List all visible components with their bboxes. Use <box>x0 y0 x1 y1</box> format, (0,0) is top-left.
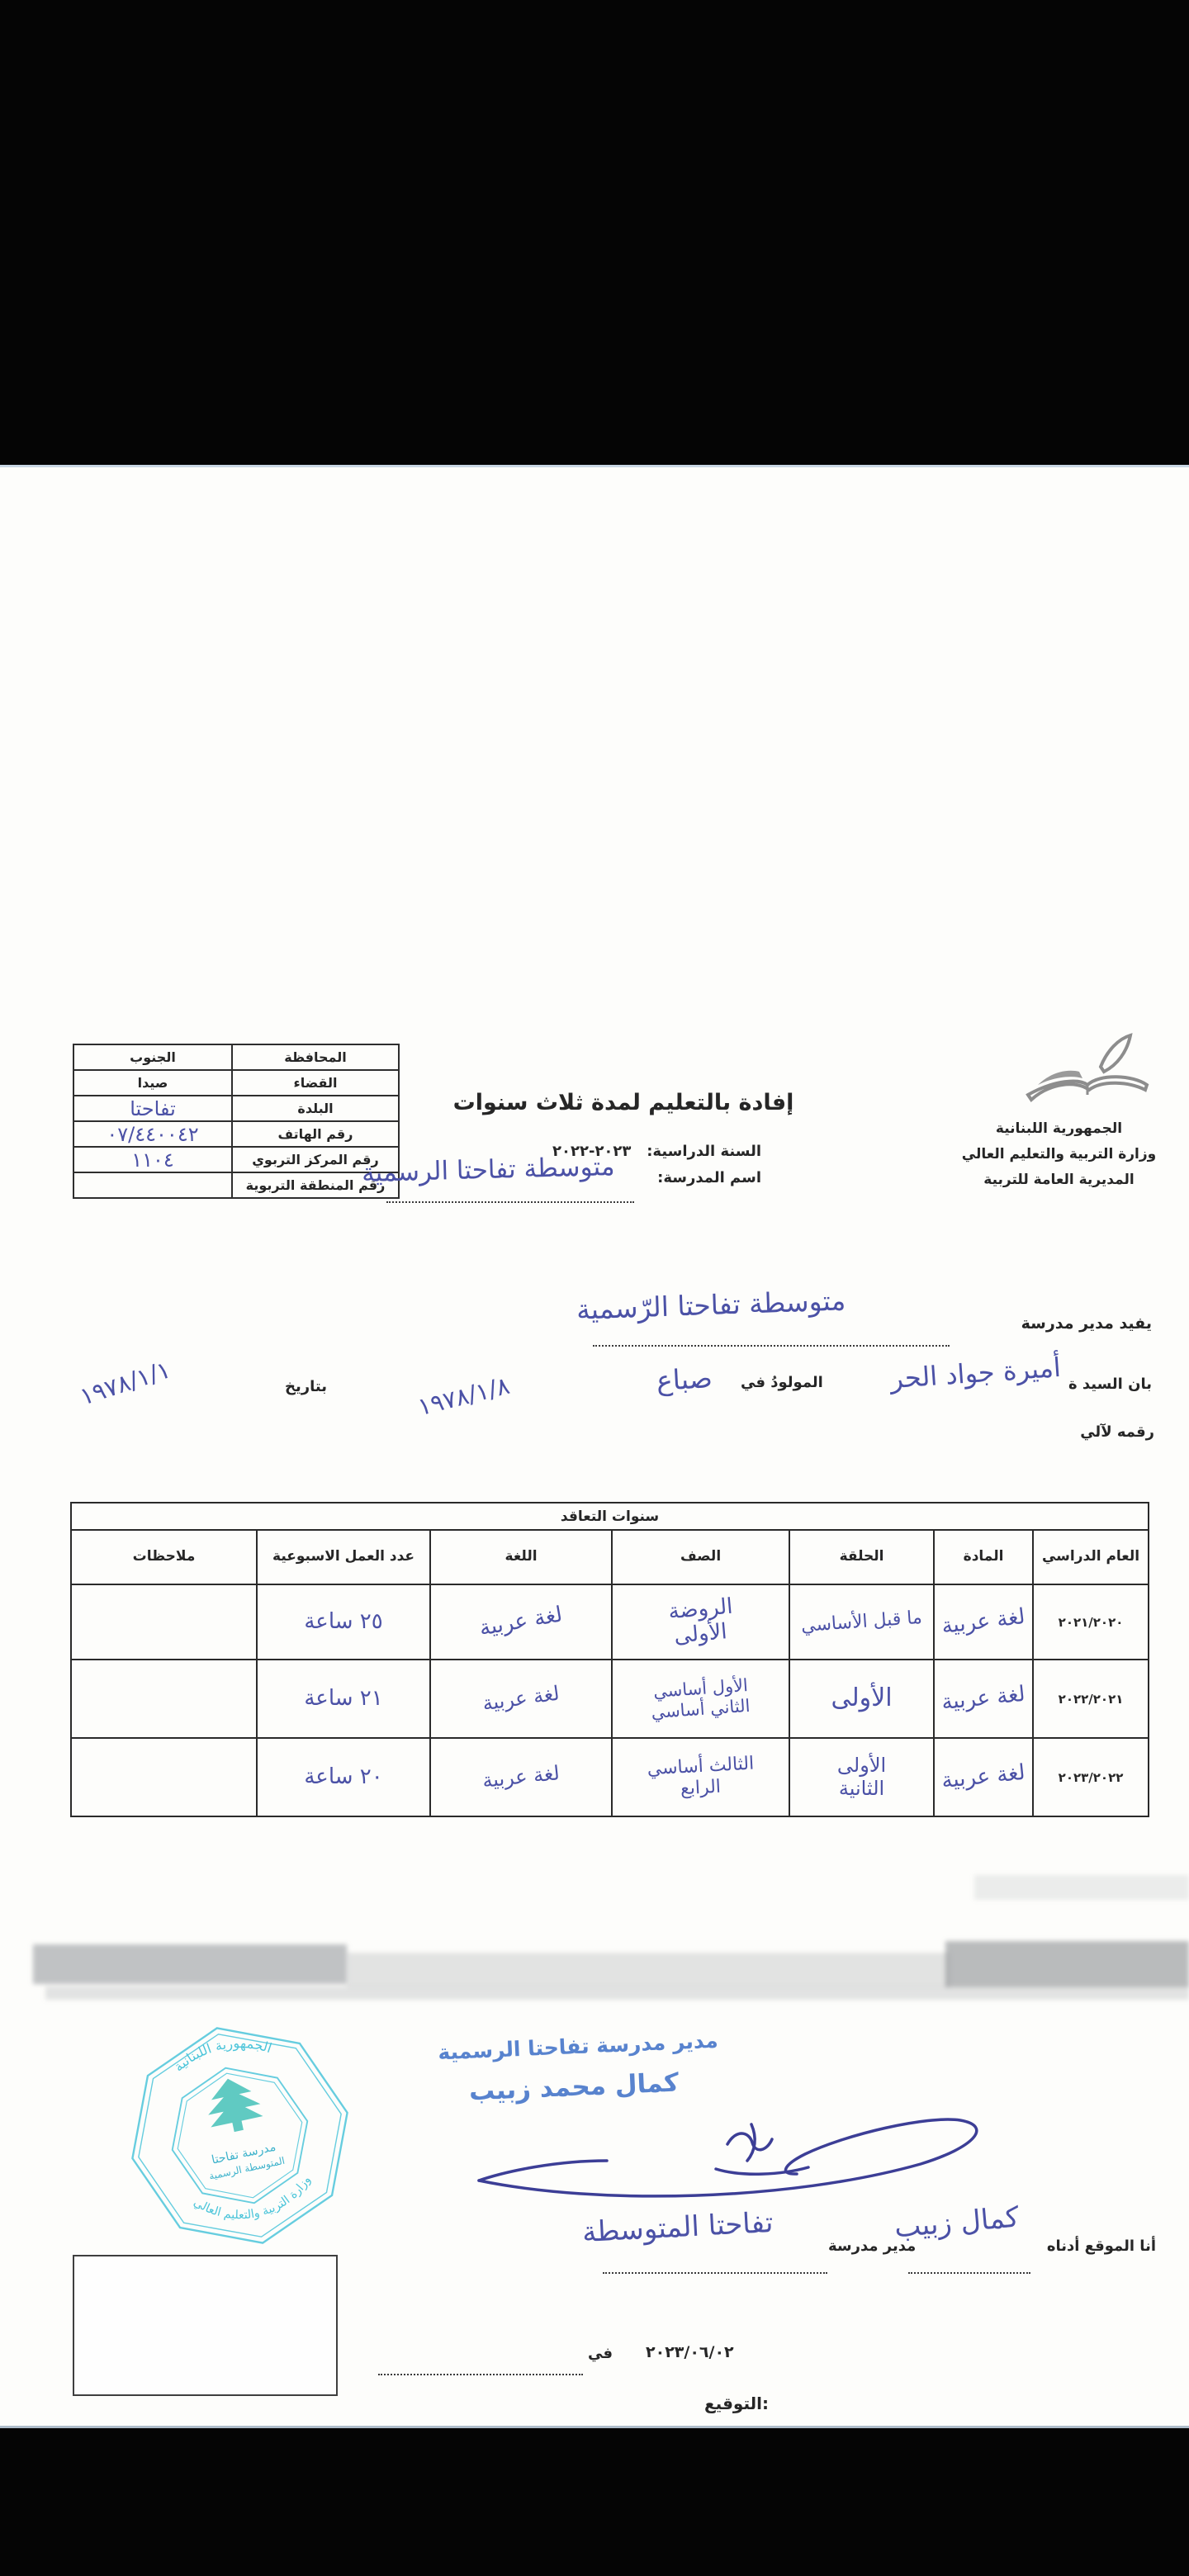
scan-smudge <box>945 1941 1189 1987</box>
info-value-handwritten: تفاحتا <box>73 1096 232 1121</box>
declaration-middle: مدير مدرسة <box>828 2237 916 2255</box>
year-cell: ٢٠٢٢/٢٠٢١ <box>1033 1660 1149 1738</box>
column-header: اللغة <box>430 1530 612 1584</box>
table-row: ٢٠٢١/٢٠٢٠ لغة عربية ما قبل الأساسي الروض… <box>71 1584 1149 1660</box>
info-label: القضاء <box>232 1070 399 1096</box>
hours-cell-handwritten: ٢٠ ساعة <box>258 1765 429 1790</box>
info-label: البلدة <box>232 1096 399 1121</box>
column-header: المادة <box>934 1530 1033 1584</box>
language-cell-handwritten: لغة عربية <box>430 1756 612 1797</box>
notes-cell <box>71 1738 257 1816</box>
hours-cell-handwritten: ٢٥ ساعة <box>258 1610 429 1635</box>
column-header: الحلقة <box>789 1530 934 1584</box>
table-row: رقم المركز التربوي ١١٠٤ <box>73 1147 399 1172</box>
language-cell-handwritten: لغة عربية <box>430 1675 612 1723</box>
info-value-handwritten: ١١٠٤ <box>73 1147 232 1172</box>
language-cell-handwritten: لغة عربية <box>430 1594 612 1650</box>
table-header-row: العام الدراسي المادة الحلقة الصف اللغة ع… <box>71 1530 1149 1584</box>
document-title: إفادة بالتعليم لمدة ثلاث سنوات <box>429 1090 817 1115</box>
hours-cell-handwritten: ٢١ ساعة <box>258 1687 429 1712</box>
subject-cell-handwritten: لغة عربية <box>934 1603 1034 1640</box>
place-dotted-line <box>378 2370 583 2375</box>
school-name-dotted-line <box>386 1197 634 1203</box>
cycle-cell-handwritten: ما قبل الأساسي <box>789 1607 933 1637</box>
empty-stamp-box <box>73 2255 338 2396</box>
octagon-school-seal: الجمهورية اللبنانية وزارة التربية والتعل… <box>100 1996 379 2275</box>
ministry-header: الجمهورية اللبنانية وزارة التربية والتعل… <box>941 1116 1177 1193</box>
birth-date-handwritten: ١٩٧٨/١/١ <box>77 1355 174 1410</box>
year-cell: ٢٠٢٣/٢٠٢٢ <box>1033 1738 1149 1816</box>
statement-prefix: يفيد مدير مدرسة <box>1021 1314 1152 1333</box>
subject-cell-handwritten: لغة عربية <box>934 1681 1033 1716</box>
birth-date-label: بتاريخ <box>285 1378 327 1395</box>
table-row: المحافظة الجنوب <box>73 1044 399 1070</box>
info-label: المحافظة <box>232 1044 399 1070</box>
footer-date: ٢٠٢٣/٠٦/٠٢ <box>646 2343 734 2361</box>
signature-label: التوقيع: <box>704 2394 769 2413</box>
cycle-cell-handwritten: الأولى <box>790 1684 933 1713</box>
column-header: العام الدراسي <box>1033 1530 1149 1584</box>
ministry-line: وزارة التربية والتعليم العالي <box>941 1142 1177 1167</box>
auto-number-label: رقمه لآلي <box>1080 1423 1154 1441</box>
scan-smudge <box>45 1986 1189 2000</box>
info-value: الجنوب <box>73 1044 232 1070</box>
cycle-cell-handwritten: الأولى <box>790 1754 933 1778</box>
year-cell: ٢٠٢١/٢٠٢٠ <box>1033 1584 1149 1660</box>
column-header: ملاحظات <box>71 1530 257 1584</box>
table-row: رقم المنطقة التربوية <box>73 1172 399 1198</box>
info-label: رقم الهاتف <box>232 1121 399 1147</box>
statement-dotted-line <box>593 1341 950 1347</box>
subject-cell-handwritten: لغة عربية <box>934 1759 1033 1794</box>
director-stamp-title: مدير مدرسة تفاحتا الرسمية <box>429 2028 727 2065</box>
table-row: ٢٠٢٢/٢٠٢١ لغة عربية الأولى الأول أساسي ا… <box>71 1660 1149 1738</box>
scan-smudge <box>347 1953 950 1987</box>
ministry-open-book-logo <box>1021 1030 1153 1117</box>
born-label: المولودُ في <box>741 1374 823 1391</box>
table-row: البلدة تفاحتا <box>73 1096 399 1121</box>
school-name-line: اسم المدرسة: <box>657 1169 761 1186</box>
cedar-tree-icon <box>201 2073 265 2137</box>
director-signature <box>458 2081 1003 2222</box>
table-row: ٢٠٢٣/٢٠٢٢ لغة عربية الأولى الثانية الثال… <box>71 1738 1149 1816</box>
table-row: سنوات التعاقد <box>71 1503 1149 1530</box>
document-page: الجمهورية اللبنانية وزارة التربية والتعل… <box>0 465 1189 2428</box>
school-year-label: السنة الدراسية: <box>647 1143 761 1160</box>
column-header: الصف <box>612 1530 789 1584</box>
directorate-line: المديرية العامة للتربية <box>941 1167 1177 1193</box>
school-name-label: اسم المدرسة: <box>657 1169 761 1186</box>
subject-name-handwritten: أميرة جواد الحر <box>889 1352 1062 1395</box>
birth-note-handwritten: ١٩٧٨/١/٨ <box>415 1371 513 1421</box>
statement-school-handwritten: متوسطة تفاحتا الرّسمية <box>576 1284 846 1325</box>
scan-smudge <box>974 1875 1189 1900</box>
footer-in-label: في <box>588 2345 613 2362</box>
table-row: رقم الهاتف ٠٧/٤٤٠٠٤٢ <box>73 1121 399 1147</box>
info-value-handwritten: ٠٧/٤٤٠٠٤٢ <box>73 1121 232 1147</box>
birthplace-handwritten: صباع <box>656 1361 713 1396</box>
table-row: القضاء صيدا <box>73 1070 399 1096</box>
scan-smudge <box>33 1944 347 1984</box>
column-header: عدد العمل الاسبوعية <box>257 1530 430 1584</box>
notes-cell <box>71 1660 257 1738</box>
info-value-empty <box>73 1172 232 1198</box>
info-value: صيدا <box>73 1070 232 1096</box>
admin-info-table: المحافظة الجنوب القضاء صيدا البلدة تفاحت… <box>73 1044 400 1199</box>
declaration-school-dotted-line <box>603 2268 827 2274</box>
subject-label: بان السيد ة <box>1068 1376 1152 1393</box>
notes-cell <box>71 1584 257 1660</box>
contract-years-table: سنوات التعاقد العام الدراسي المادة الحلق… <box>70 1502 1149 1817</box>
scanned-document-viewport: الجمهورية اللبنانية وزارة التربية والتعل… <box>0 0 1189 2576</box>
republic-line: الجمهورية اللبنانية <box>941 1116 1177 1142</box>
school-name-handwritten: متوسطة تفاحتا الرسمية <box>362 1152 615 1188</box>
contract-table-title: سنوات التعاقد <box>71 1503 1149 1530</box>
declaration-name-dotted-line <box>908 2268 1030 2274</box>
declaration-prefix: أنا الموقع أدناه <box>1047 2237 1156 2255</box>
cycle-cell-handwritten: الثانية <box>790 1778 933 1801</box>
